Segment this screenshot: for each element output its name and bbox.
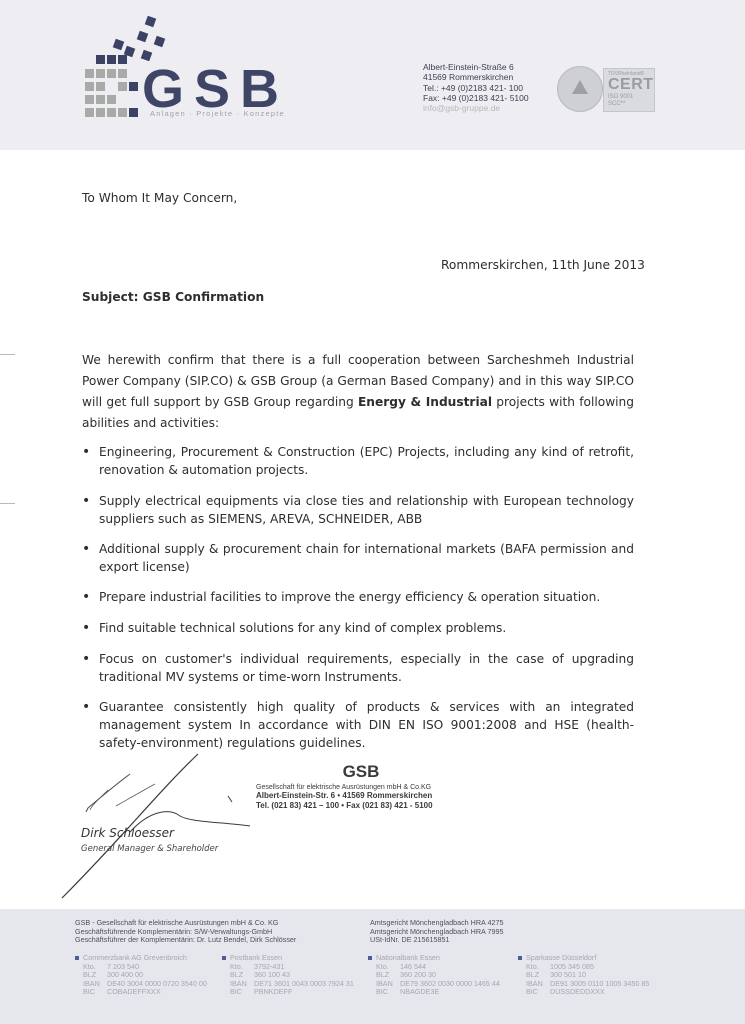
bic-value: NBAGDE3E [400, 987, 439, 996]
footer-legal: GSB - Gesellschaft für elektrische Ausrü… [75, 919, 296, 945]
bank-bic: BICDUSSDEDDXXX [518, 988, 649, 997]
list-item: Engineering, Procurement & Construction … [82, 443, 634, 479]
bank-name: Postbank Essen [222, 954, 354, 963]
subject-label: Subject: [82, 290, 139, 304]
signer-name: Dirk Schloesser [81, 826, 174, 840]
bic-value: DUSSDEDDXXX [550, 987, 605, 996]
logo-square-icon [85, 108, 94, 117]
logo-square-icon [107, 108, 116, 117]
logo-square-icon [154, 36, 166, 48]
bic-label: BIC [230, 988, 254, 997]
cert-box: TÜVRheinland® CERT ISO 9001 SCC** [603, 68, 655, 112]
logo-square-icon [96, 55, 105, 64]
cert-standard: SCC** [608, 101, 633, 108]
logo-wordmark: GSB [142, 62, 289, 116]
logo-square-icon [113, 39, 125, 51]
bank-name: Sparkasse Düsseldorf [518, 954, 649, 963]
bic-value: COBADEFFXXX [107, 987, 161, 996]
bank-bic: BICCOBADEFFXXX [75, 988, 207, 997]
fold-mark [0, 503, 15, 504]
logo-square-icon [118, 55, 127, 64]
cert-seal-icon [557, 66, 603, 112]
letter-footer: GSB - Gesellschaft für elektrische Ausrü… [0, 909, 745, 1024]
logo-square-icon [107, 55, 116, 64]
intro-bold: Energy & Industrial [358, 395, 492, 409]
contact-street: Albert-Einstein-Straße 6 [423, 62, 529, 72]
logo-square-icon [118, 108, 127, 117]
list-item: Supply electrical equipments via close t… [82, 492, 634, 528]
logo-square-icon [145, 16, 157, 28]
register-line: USt-IdNr. DE 215615851 [370, 936, 503, 945]
letter-subject: Subject: GSB Confirmation [82, 290, 264, 304]
bic-value: PBNKDEFF [254, 987, 292, 996]
logo-square-icon [85, 95, 94, 104]
bank-details: Sparkasse Düsseldorf Kto.1005 345 085 BL… [518, 954, 649, 997]
stamp-line: Albert-Einstein-Str. 6 • 41569 Rommerski… [256, 791, 456, 801]
bank-details: Nationalbank Essen Kto.146 544 BLZ360 20… [368, 954, 500, 997]
list-item: Guarantee consistently high quality of p… [82, 698, 634, 752]
tuv-triangle-icon [572, 80, 588, 94]
letter-greeting: To Whom It May Concern, [82, 191, 237, 205]
contact-tel: Tel.: +49 (0)2183 421- 100 [423, 83, 529, 93]
logo-square-icon [129, 82, 138, 91]
tuv-cert-badge: TÜVRheinland® CERT ISO 9001 SCC** [557, 66, 653, 112]
contact-fax: Fax: +49 (0)2183 421- 5100 [423, 93, 529, 103]
cert-label: CERT [608, 76, 654, 94]
bank-details: Postbank Essen Kto.3792-431 BLZ360 100 4… [222, 954, 354, 997]
stamp-line: Tel. (021 83) 421 – 100 • Fax (021 83) 4… [256, 801, 456, 811]
bank-name: Commerzbank AG Grevenbroich [75, 954, 207, 963]
logo-square-icon [96, 69, 105, 78]
bic-label: BIC [526, 988, 550, 997]
bank-bic: BICPBNKDEFF [222, 988, 354, 997]
contact-city: 41569 Rommerskirchen [423, 72, 529, 82]
legal-line: Geschäftsführer der Komplementärin: Dr. … [75, 936, 296, 945]
company-contact: Albert-Einstein-Straße 6 41569 Rommerski… [423, 62, 529, 113]
stamp-title: GSB [266, 762, 456, 782]
fold-mark [0, 354, 15, 355]
cert-standard: ISO 9001 [608, 94, 633, 101]
bank-details: Commerzbank AG Grevenbroich Kto.7 203 54… [75, 954, 207, 997]
logo-square-icon [137, 31, 149, 43]
logo-square-icon [107, 69, 116, 78]
bic-label: BIC [83, 988, 107, 997]
logo-square-icon [96, 82, 105, 91]
logo-square-icon [118, 69, 127, 78]
footer-register: Amtsgericht Mönchengladbach HRA 4275 Amt… [370, 919, 503, 945]
logo-square-icon [85, 82, 94, 91]
company-stamp: GSB Gesellschaft für elektrische Ausrüst… [256, 762, 456, 810]
list-item: Find suitable technical solutions for an… [82, 619, 634, 637]
bic-label: BIC [376, 988, 400, 997]
logo-square-icon [118, 82, 127, 91]
letter-intro: We herewith confirm that there is a full… [82, 350, 634, 434]
signer-role: General Manager & Shareholder [81, 844, 218, 854]
logo-square-icon [129, 108, 138, 117]
stamp-line: Gesellschaft für elektrische Ausrüstunge… [256, 784, 456, 791]
subject-text: GSB Confirmation [139, 290, 265, 304]
logo-square-icon [85, 69, 94, 78]
letterhead: GSB Anlagen · Projekte · Konzepte Albert… [0, 0, 745, 150]
cert-standards: ISO 9001 SCC** [608, 94, 633, 108]
bank-bic: BICNBAGDE3E [368, 988, 500, 997]
logo-square-icon [96, 95, 105, 104]
list-item: Focus on customer's individual requireme… [82, 650, 634, 686]
list-item: Additional supply & procurement chain fo… [82, 540, 634, 576]
logo-square-icon [96, 108, 105, 117]
letter-place-date: Rommerskirchen, 11th June 2013 [441, 258, 645, 272]
list-item: Prepare industrial facilities to improve… [82, 588, 634, 606]
logo-square-icon [107, 95, 116, 104]
logo-tagline: Anlagen · Projekte · Konzepte [150, 109, 285, 118]
abilities-list: Engineering, Procurement & Construction … [82, 443, 634, 752]
bank-name: Nationalbank Essen [368, 954, 500, 963]
contact-email[interactable]: info@gsb-gruppe.de [423, 103, 529, 113]
